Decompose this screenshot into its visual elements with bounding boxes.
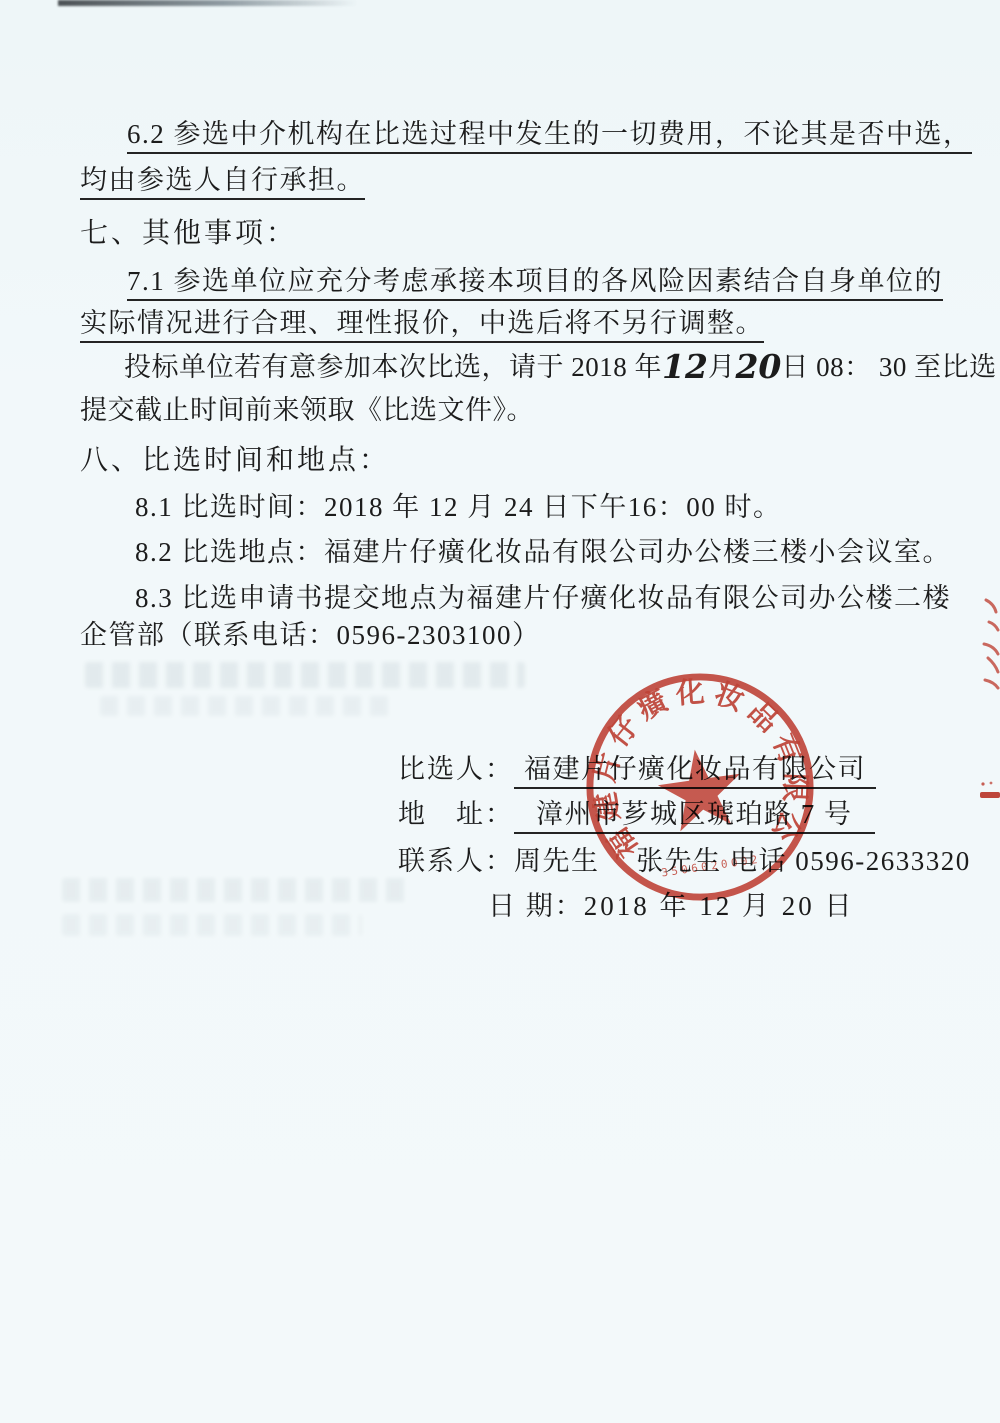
- seal-star-icon: [654, 744, 747, 834]
- handwritten-month: 12: [662, 347, 708, 386]
- clause-7-1-line-2-text: 实际情况进行合理、理性报价，中选后将不另行调整。: [80, 308, 764, 343]
- month-unit: 月: [708, 352, 736, 382]
- clause-8-3-line-1: 8.3 比选申请书提交地点为福建片仔癀化妆品有限公司办公楼二楼: [135, 576, 951, 615]
- clause-7-1-line-1-text: 7.1 参选单位应充分考虑承接本项目的各风险因素结合自身单位的: [127, 266, 943, 301]
- clause-7-1-line-2: 实际情况进行合理、理性报价，中选后将不另行调整。: [80, 301, 764, 340]
- scanned-document-page: 6.2 参选中介机构在比选过程中发生的一切费用，不论其是否中选， 均由参选人自行…: [0, 0, 1000, 1423]
- edge-red-mark: [980, 592, 1000, 712]
- clause-6-2-line-1-text: 6.2 参选中介机构在比选过程中发生的一切费用，不论其是否中选，: [127, 119, 972, 154]
- bid-notice-suffix: 日 08： 30 至比选申请文件: [781, 352, 1000, 382]
- bid-notice-line-2: 提交截止时间前来领取《比选文件》。: [80, 388, 534, 427]
- handwritten-day: 20: [735, 347, 781, 386]
- contact-label: 联系人：: [398, 846, 514, 876]
- selector-label: 比选人：: [398, 754, 514, 784]
- section-8-heading: 八、比选时间和地点：: [80, 438, 390, 478]
- edge-red-mark: [978, 778, 1000, 808]
- clause-6-2-line-1: 6.2 参选中介机构在比选过程中发生的一切费用，不论其是否中选，: [127, 112, 972, 151]
- clause-6-2-line-2: 均由参选人自行承担。: [80, 158, 365, 197]
- bleed-through-text: [62, 914, 362, 936]
- clause-8-1: 8.1 比选时间：2018 年 12 月 24 日下午16：00 时。: [135, 485, 782, 524]
- bleed-through-text: [62, 878, 412, 902]
- bleed-through-text: [100, 696, 390, 716]
- clause-8-3-line-2: 企管部（联系电话：0596-2303100）: [80, 613, 541, 652]
- address-label: 地 址：: [398, 799, 514, 829]
- section-7-heading: 七、其他事项：: [80, 211, 297, 251]
- clause-7-1-line-1: 7.1 参选单位应充分考虑承接本项目的各风险因素结合自身单位的: [127, 259, 943, 298]
- seal-serial-number: 3506020002: [661, 853, 762, 880]
- clause-6-2-line-2-text: 均由参选人自行承担。: [80, 165, 365, 200]
- bid-notice-line-1: 投标单位若有意参加本次比选，请于 2018 年12月20日 08： 30 至比选…: [124, 345, 1000, 384]
- scan-edge-smudge: [58, 0, 358, 6]
- company-seal-stamp: 福建片仔癀化妆品有限公司 3506020002: [566, 653, 835, 922]
- clause-8-2: 8.2 比选地点：福建片仔癀化妆品有限公司办公楼三楼小会议室。: [135, 530, 951, 569]
- bleed-through-text: [85, 662, 525, 688]
- date-label: 日 期：: [488, 891, 584, 921]
- bid-notice-prefix: 投标单位若有意参加本次比选，请于 2018 年: [124, 352, 662, 382]
